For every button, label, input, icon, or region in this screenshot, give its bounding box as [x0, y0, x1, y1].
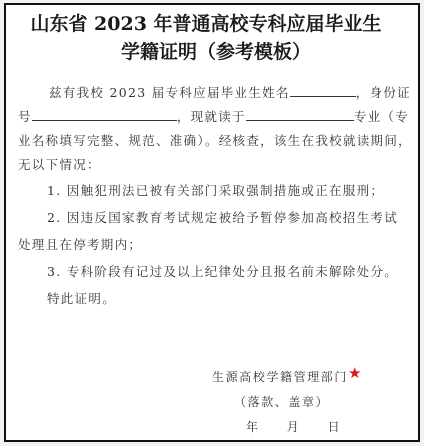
date-line: 年 月 日 [246, 418, 341, 435]
name-blank[interactable] [290, 84, 356, 97]
intro-text-2: ，身份证 [356, 85, 411, 100]
seal-note: （落款、盖章） [234, 393, 329, 410]
document-title-line2: 学籍证明（参考模板） [10, 37, 422, 64]
intro-line3: 业名称填写完整、规范、准确）。经核查，该生在我校就读期间， [18, 130, 410, 152]
id-number-blank[interactable] [32, 108, 177, 121]
intro-text-3: 号 [18, 109, 32, 124]
intro-text-4: ，现就读于 [177, 109, 246, 124]
condition-2: 2. 因违反国家教育考试规定被给予暂停参加高校招生考试 [47, 207, 424, 229]
signature-department: 生源高校学籍管理部门★ [212, 367, 361, 385]
star-icon: ★ [348, 364, 361, 382]
intro-text-5: 专业（专 [354, 109, 409, 124]
intro-text-1: 兹有我校 2023 届专科应届毕业生姓名 [49, 85, 290, 100]
document-title-line1: 山东省 2023 年普通高校专科应届毕业生 [0, 9, 412, 36]
condition-1: 1. 因触犯刑法已被有关部门采取强制措施或正在服刑； [47, 180, 424, 202]
certificate-page: 山东省 2023 年普通高校专科应届毕业生 学籍证明（参考模板） 兹有我校 20… [4, 3, 420, 442]
intro-line4: 无以下情况： [18, 154, 410, 176]
intro-line2: 号，现就读于专业（专 [18, 106, 410, 128]
condition-3: 3. 专科阶段有记过及以上纪律处分且报名前未解除处分。 [47, 261, 424, 283]
condition-2-cont: 处理且在停考期内； [18, 234, 410, 256]
intro-line1: 兹有我校 2023 届专科应届毕业生姓名，身份证 [49, 82, 424, 104]
department-label: 生源高校学籍管理部门 [212, 370, 348, 384]
closing-statement: 特此证明。 [47, 288, 424, 310]
major-blank[interactable] [246, 108, 354, 121]
